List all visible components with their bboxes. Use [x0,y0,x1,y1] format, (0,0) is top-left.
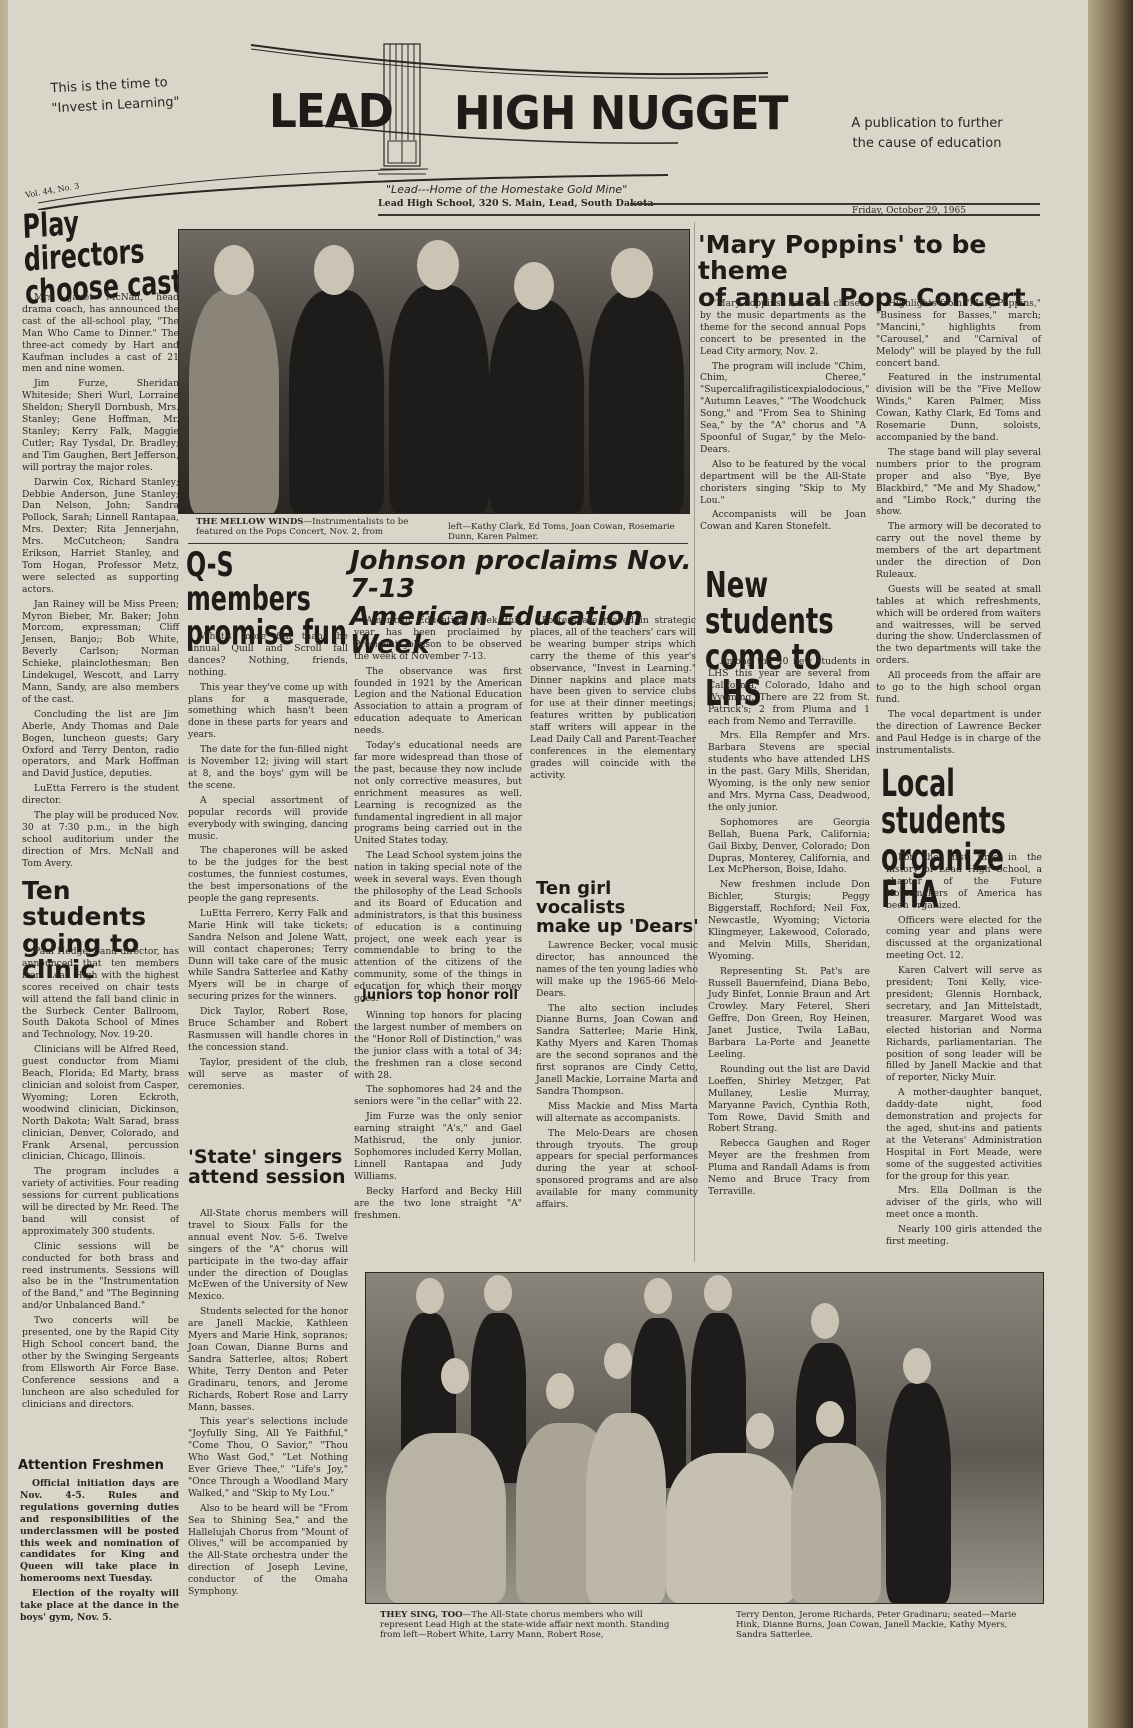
headline-line: New students [705,568,885,640]
face [604,1343,632,1379]
paragraph: "Mary Poppins" has been chosen by the mu… [700,298,866,358]
paragraph: Highlights from "Mary Poppins," "Busines… [876,298,1041,369]
rule [188,543,688,544]
paragraph: The vocal department is under the direct… [876,709,1041,757]
person-silhouette [886,1383,951,1603]
person-silhouette [189,290,279,514]
paragraph: All-State chorus members will travel to … [188,1208,348,1303]
headline-line: attend session [188,1168,346,1188]
masthead-title-lead: LEAD [269,84,393,138]
paragraph: Paul Hedge, band director, has announced… [22,946,179,1041]
paragraph: A mother-daughter banquet, daddy-date ni… [886,1087,1042,1182]
paragraph: Lawrence Becker, vocal music director, h… [536,940,698,1000]
paragraph: Jim Furze, Sheridan Whiteside; Sheri Wur… [22,378,179,473]
article-honor-roll-body: Winning top honors for placing the large… [354,1010,522,1224]
caption-they-sing-right: Terry Denton, Jerome Richards, Peter Gra… [736,1610,1034,1640]
paragraph: Karen Calvert will serve as president; T… [886,965,1042,1084]
face [441,1358,469,1394]
caption-lead: THE MELLOW WINDS [196,517,304,527]
face [611,248,653,298]
paragraph: Featured in the instrumental division wi… [876,372,1041,443]
article-education-week-col2: Posters are placed in strategic places, … [530,615,696,785]
article-new-students-body: Among the 40 new students in LHS this ye… [708,656,870,1201]
headline-line: Johnson proclaims Nov. 7-13 [350,547,695,603]
person-silhouette [386,1433,506,1603]
person-silhouette [589,290,684,514]
paragraph: Miss Mackie and Miss Marta will alternat… [536,1101,698,1125]
headline-line: Q-S members [186,548,354,616]
headline-ten-girl-vocalists: Ten girl vocalists make up 'Dears' [536,880,706,937]
paragraph: Rounding out the list are David Loeffen,… [708,1064,870,1135]
paragraph: This year they've come up with plans for… [188,682,348,742]
paragraph: Representing St. Pat's are Russell Bauer… [708,966,870,1061]
article-qs-body: What's more fun than the annual Quill an… [188,631,348,1096]
article-freshmen-body: Official initiation days are Nov. 4-5. R… [20,1478,179,1627]
article-fha-body: For the first time in the history of Lea… [886,852,1042,1251]
paragraph: Concluding the list are Jim Aberle, Andy… [22,709,179,780]
headline-attention-freshmen: Attention Freshmen [18,1458,164,1473]
paragraph: The observance was first founded in 1921… [354,666,522,737]
paragraph: Nearly 100 girls attended the first meet… [886,1224,1042,1248]
headline-line: 'Mary Poppins' to be theme [698,232,1058,285]
paragraph: Mrs. Janet McNall, head drama coach, has… [22,292,179,375]
face [746,1413,774,1449]
paragraph: The program will include "Chim, Chim, Ch… [700,361,866,456]
paragraph: LuEtta Ferrero, Kerry Falk and Marie Hin… [188,908,348,1003]
person-silhouette [666,1453,796,1603]
face [314,245,354,295]
paragraph: For the first time in the history of Lea… [886,852,1042,912]
article-play-body: Mrs. Janet McNall, head drama coach, has… [22,292,179,873]
headline-line: Ten girl vocalists [536,880,706,918]
face [816,1401,844,1437]
paragraph: Students selected for the honor are Jane… [188,1306,348,1413]
paragraph: Two concerts will be presented, one by t… [22,1315,179,1410]
paragraph: The stage band will play several numbers… [876,447,1041,518]
face [417,240,459,290]
paragraph: This year's selections include "Joyfully… [188,1416,348,1499]
paragraph: Clinic sessions will be conducted for bo… [22,1241,179,1312]
paragraph: Mrs. Ella Rempfer and Mrs. Barbara Steve… [708,730,870,813]
paragraph: Becky Harford and Becky Hill are the two… [354,1186,522,1222]
paragraph: Darwin Cox, Richard Stanley; Debbie Ande… [22,477,179,596]
face [214,245,254,295]
newspaper-page: This is the time to "Invest in Learning"… [8,0,1088,1728]
article-pops-col2: Highlights from "Mary Poppins," "Busines… [876,298,1041,760]
paragraph: The Melo-Dears are chosen through tryout… [536,1128,698,1211]
paragraph: All proceeds from the affair are to go t… [876,670,1041,706]
masthead-rule-top [630,203,1040,205]
face [704,1275,732,1311]
paragraph: Today's educational needs are far more w… [354,740,522,847]
caption-they-sing-left: THEY SING, TOO—The All-State chorus memb… [380,1610,670,1640]
paragraph: The date for the fun-filled night is Nov… [188,744,348,792]
paragraph: Guests will be seated at small tables at… [876,584,1041,667]
headline-juniors-honor-roll: Juniors top honor roll [362,988,518,1003]
person-silhouette [489,300,584,514]
paragraph: Jim Furze was the only senior earning st… [354,1111,522,1182]
paragraph: What's more fun than the annual Quill an… [188,631,348,679]
paragraph: Dick Taylor, Robert Rose, Bruce Schamber… [188,1006,348,1054]
paragraph: The sophomores had 24 and the seniors we… [354,1084,522,1108]
paragraph: Official initiation days are Nov. 4-5. R… [20,1478,179,1585]
paragraph: The play will be produced Nov. 30 at 7:3… [22,810,179,870]
masthead-address: Lead High School, 320 S. Main, Lead, Sou… [378,198,654,209]
caption-mellow-winds-left: THE MELLOW WINDS—Instrumentalists to be … [196,517,426,537]
paragraph: LuEtta Ferrero is the student director. [22,783,179,807]
masthead-rule-bottom [378,214,1040,216]
paragraph: Winning top honors for placing the large… [354,1010,522,1081]
paragraph: Jan Rainey will be Miss Preen; Myron Bie… [22,599,179,706]
paragraph: American Education Week this year has be… [354,615,522,663]
headline-line: Local students [881,765,1051,839]
paragraph: Officers were elected for the coming yea… [886,915,1042,963]
paragraph: Taylor, president of the club, will serv… [188,1057,348,1093]
photo-mellow-winds [178,229,690,514]
paragraph: The Lead School system joins the nation … [354,850,522,1005]
masthead-title-high-nugget: HIGH NUGGET [454,86,788,140]
person-silhouette [289,290,384,514]
paragraph: Also to be featured by the vocal departm… [700,459,866,507]
binding-edge [1088,0,1133,1728]
slogan-right: A publication to further the cause of ed… [832,114,1022,154]
column-rule [694,222,695,1262]
slogan-right-line2: the cause of education [832,134,1022,154]
headline-line: Ten students [22,878,187,931]
caption-mellow-winds-right: left—Kathy Clark, Ed Toms, Joan Cowan, R… [448,522,678,542]
face [514,262,554,310]
paragraph: Posters are placed in strategic places, … [530,615,696,782]
paragraph: Also to be heard will be "From Sea to Sh… [188,1503,348,1598]
slogan-right-line1: A publication to further [832,114,1022,134]
headline-line: 'State' singers [188,1148,346,1168]
face [903,1348,931,1384]
face [484,1275,512,1311]
article-pops-col1: "Mary Poppins" has been chosen by the mu… [700,298,866,536]
paragraph: Clinicians will be Alfred Reed, guest co… [22,1044,179,1163]
paragraph: The chaperones will be asked to be the j… [188,845,348,905]
paragraph: Election of the royalty will take place … [20,1588,179,1624]
caption-lead: THEY SING, TOO [380,1610,463,1620]
person-silhouette [791,1443,881,1603]
face [546,1373,574,1409]
face [811,1303,839,1339]
paragraph: Mrs. Ella Dollman is the adviser of the … [886,1185,1042,1221]
paragraph: The program includes a variety of activi… [22,1166,179,1237]
headline-state-singers: 'State' singers attend session [188,1148,346,1188]
face [644,1278,672,1314]
person-silhouette [586,1413,666,1603]
paragraph: The alto section includes Dianne Burns, … [536,1003,698,1098]
paragraph: New freshmen include Don Bichler, Sturgi… [708,879,870,962]
paragraph: A special assortment of popular records … [188,795,348,843]
article-education-week-col1: American Education Week this year has be… [354,615,522,1008]
article-clinic-body: Paul Hedge, band director, has announced… [22,946,179,1413]
person-silhouette [389,285,489,514]
paragraph: Rebecca Gaughen and Roger Meyer are the … [708,1138,870,1198]
paragraph: Sophomores are Georgia Bellah, Buena Par… [708,817,870,877]
masthead-tagline: "Lead---Home of the Homestake Gold Mine" [386,183,627,196]
face [416,1278,444,1314]
article-state-singers-body: All-State chorus members will travel to … [188,1208,348,1601]
paragraph: The armory will be decorated to carry ou… [876,521,1041,581]
photo-they-sing-too [365,1272,1044,1604]
headline-line: make up 'Dears' [536,918,706,937]
article-dears-body: Lawrence Becker, vocal music director, h… [536,940,698,1214]
paragraph: Among the 40 new students in LHS this ye… [708,656,870,727]
paragraph: Accompanists will be Joan Cowan and Kare… [700,509,866,533]
